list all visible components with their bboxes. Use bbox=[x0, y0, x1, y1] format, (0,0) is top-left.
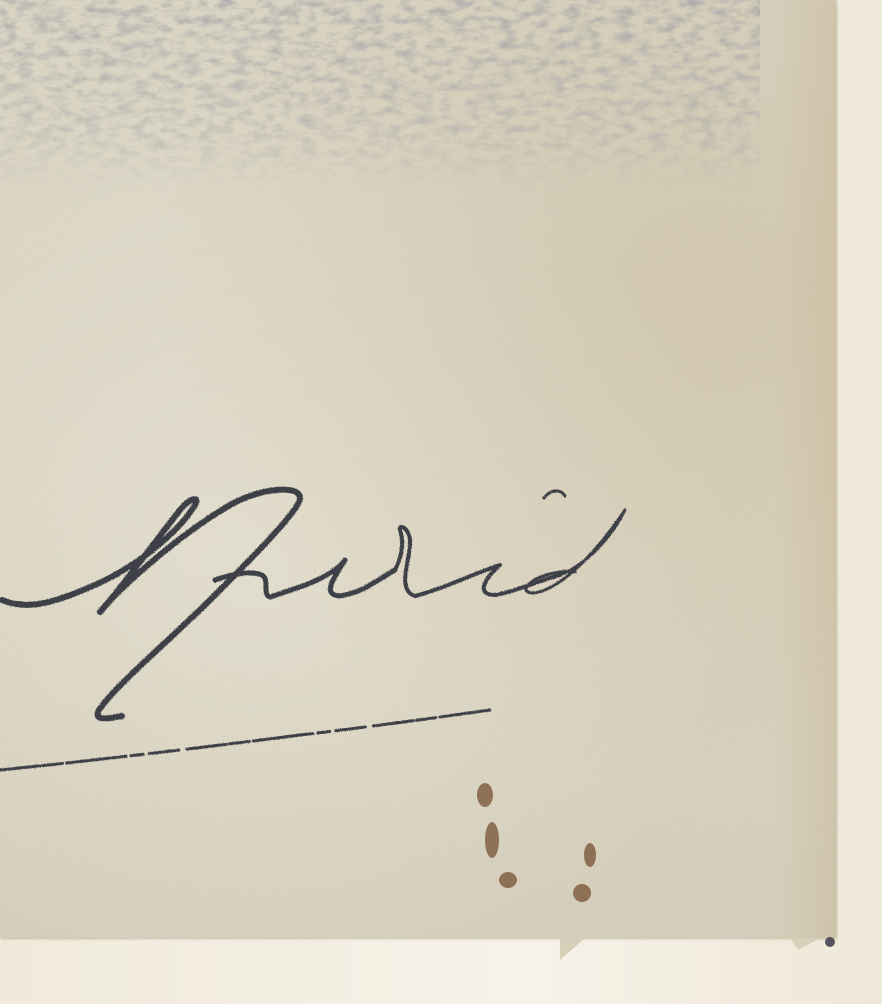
graphite-shading bbox=[0, 0, 760, 190]
drawing-layer bbox=[0, 0, 882, 1004]
torn-edge bbox=[560, 938, 585, 960]
photo-scene: Maris bbox=[0, 0, 882, 1004]
torn-edge bbox=[790, 938, 820, 950]
